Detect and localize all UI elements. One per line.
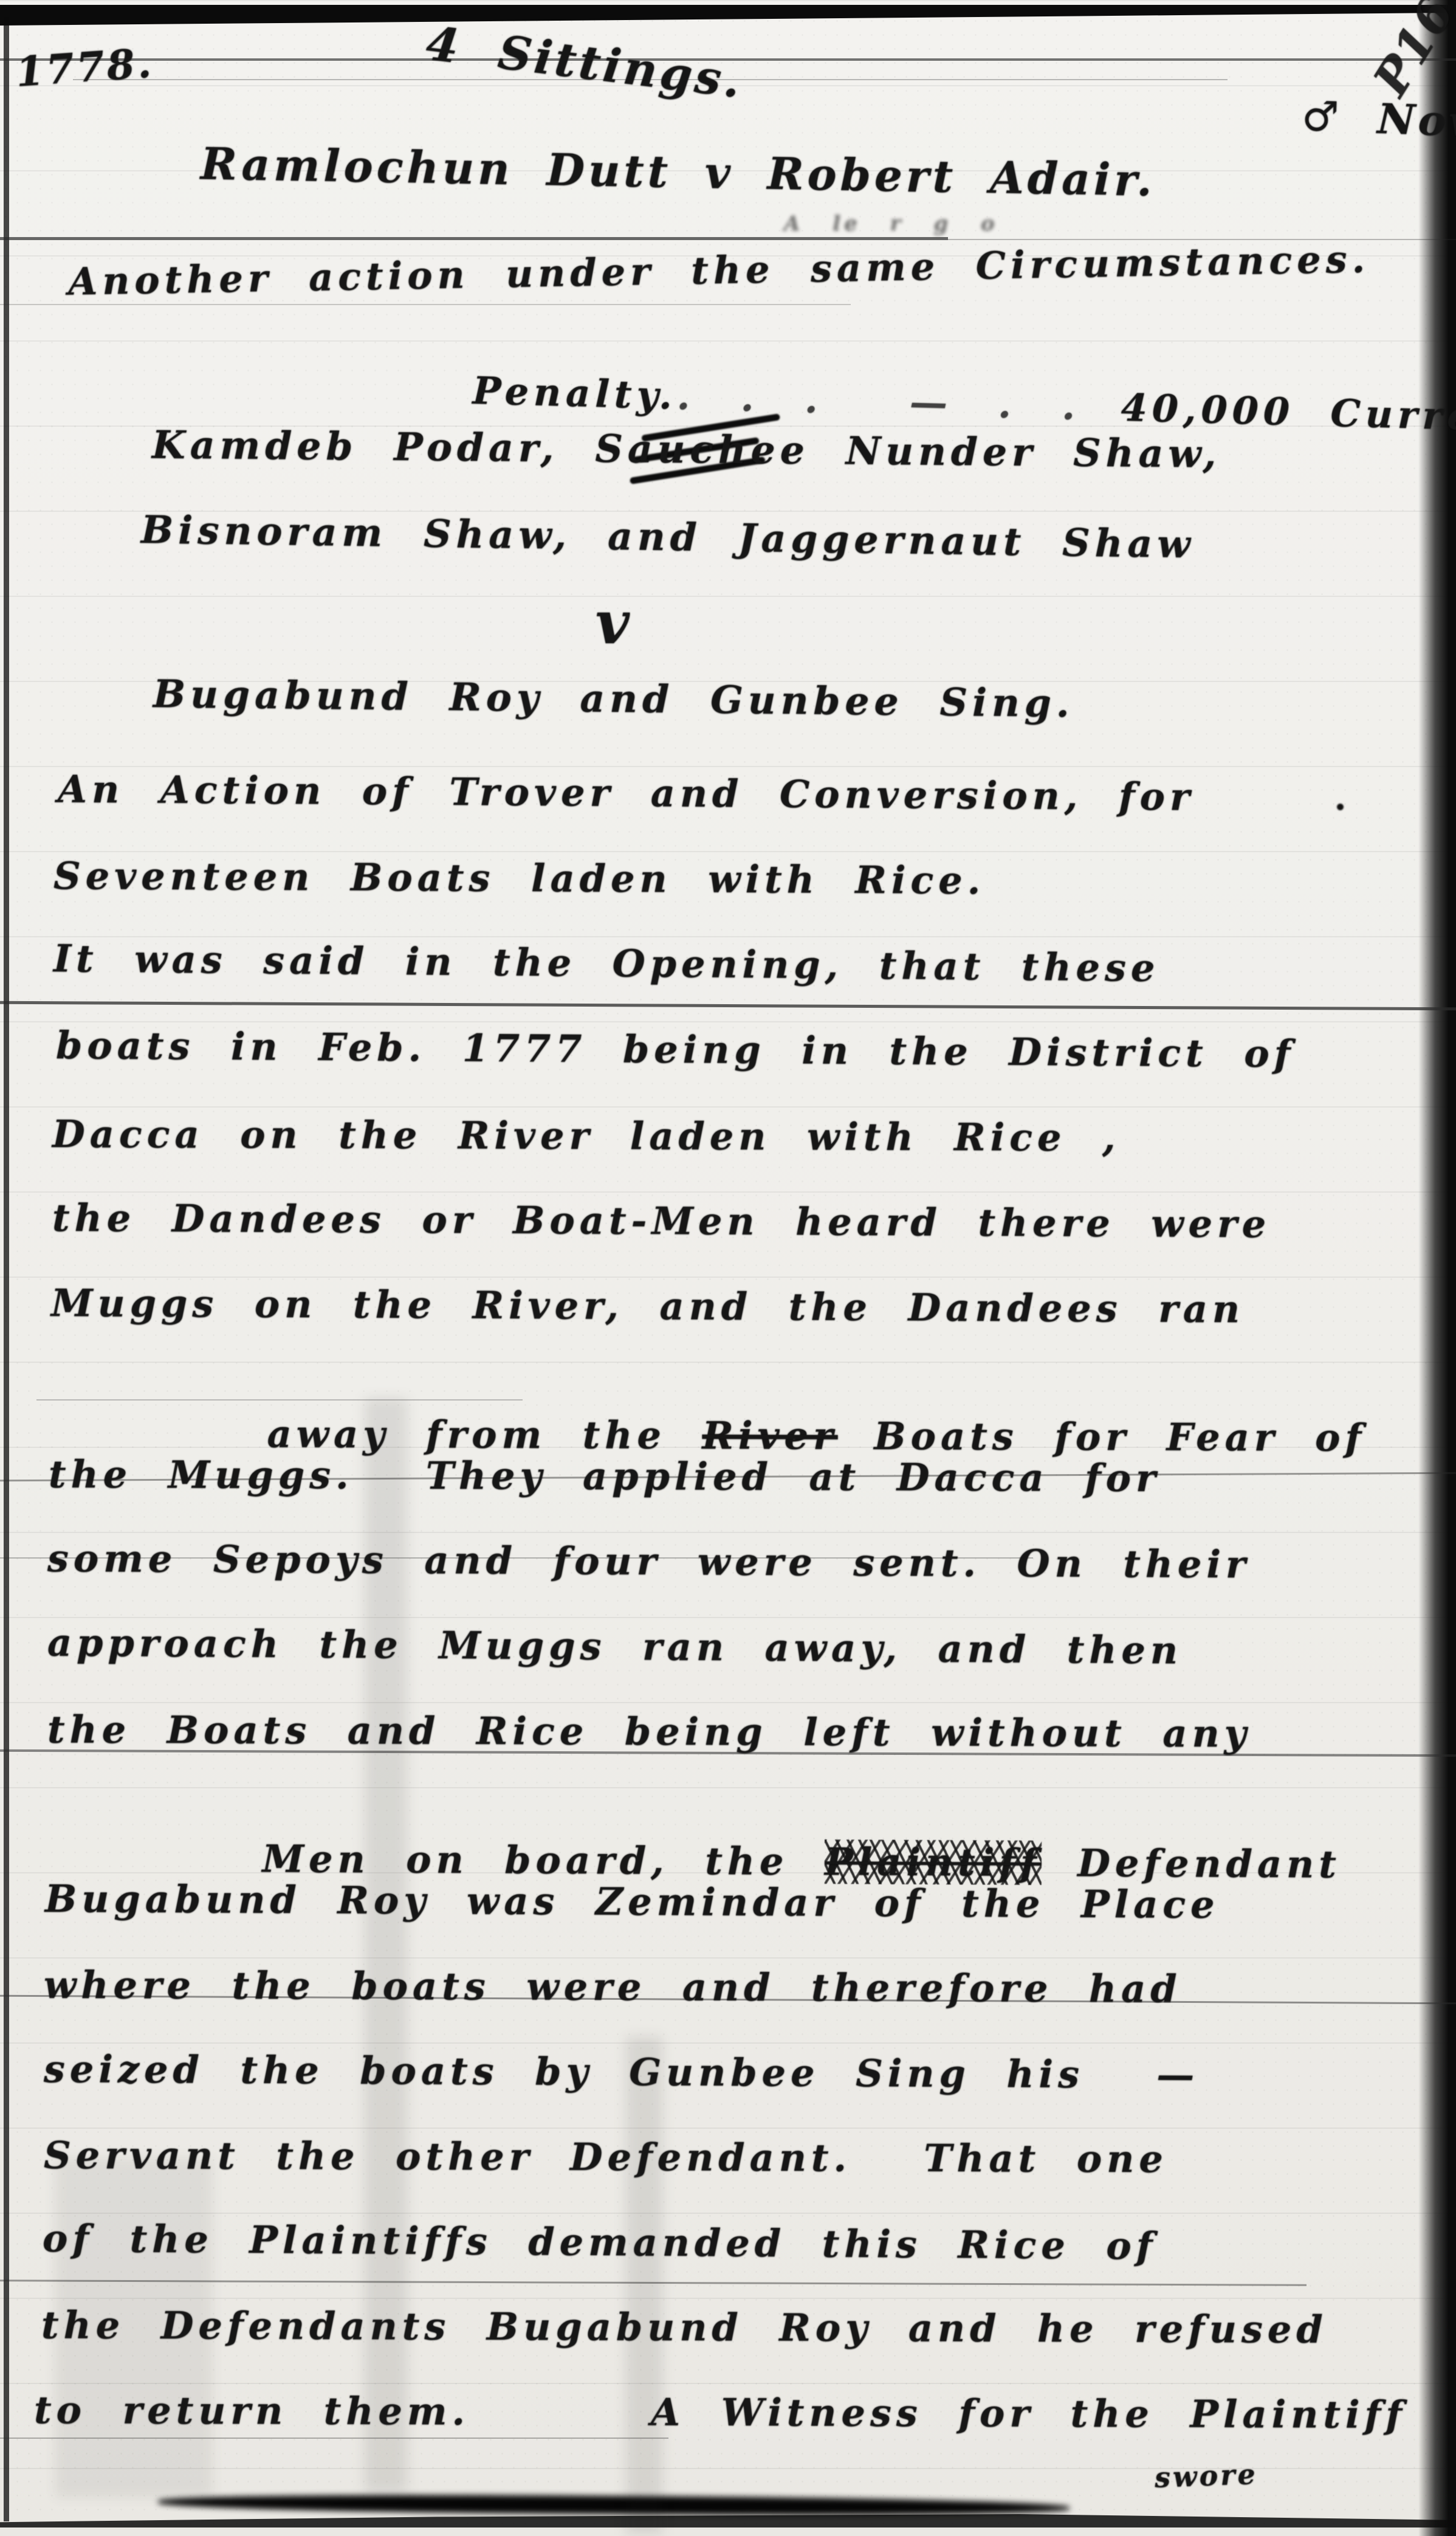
sittings-label: 4 Sittings. [424, 16, 747, 108]
body-line: the Defendants Bugabund Roy and he refus… [41, 2303, 1328, 2351]
bottom-edge-band [0, 2514, 1456, 2527]
body-line: where the boats were and therefore had [44, 1963, 1182, 2011]
line-text: away from the [267, 1411, 702, 1457]
left-edge-line [4, 17, 9, 2521]
body-line: approach the Muggs ran away, and then [47, 1620, 1183, 1672]
body-line: boats in Feb. 1777 being in the District… [56, 1023, 1296, 1076]
scan-line [0, 237, 948, 240]
defendants-line: Bugabund Roy and Gunbee Sing. [153, 671, 1075, 726]
body-line: Dacca on the River laden with Rice , [52, 1112, 1121, 1160]
body-line: Muggs on the River, and the Dandees ran [51, 1281, 1245, 1331]
interlinear-smudge: A le r g o [784, 212, 998, 236]
body-line: Seventeen Boats laden with Rice. [53, 853, 986, 903]
body-line: Bugabund Roy was Zemindar of the Place [45, 1876, 1220, 1927]
bottom-ink-smudge [158, 2493, 1070, 2517]
line-text: Boats for Fear of [838, 1414, 1367, 1460]
plaintiffs-line-1: Kamdeb Podar, Sauchee Nunder Shaw, [152, 422, 1221, 476]
body-line: An Action of Trover and Conversion, for [58, 767, 1195, 819]
body-line: the Boats and Rice being left without an… [47, 1707, 1251, 1756]
date-text: Nov. 24. [1376, 95, 1456, 151]
struck-word-river: River [702, 1413, 837, 1458]
body-line: to return them. A Witness for the Plaint… [34, 2388, 1407, 2437]
versus-mark: v [596, 588, 630, 657]
plaintiffs-line-2: Bisnoram Shaw, and Jaggernaut Shaw [141, 507, 1195, 567]
case-subtitle: Another action under the same Circumstan… [68, 236, 1370, 303]
line-text: Men on board, the [262, 1836, 825, 1884]
line-text: Defendant [1041, 1841, 1341, 1887]
day-of-week-symbol: ♂ [1301, 92, 1343, 142]
case-title: Ramlochun Dutt v Robert Adair. [200, 137, 1156, 205]
top-edge-band [0, 5, 1456, 26]
body-line: the Dandees or Boat-Men heard there were [52, 1196, 1271, 1246]
scan-line [0, 1001, 1456, 1010]
scan-line [0, 304, 851, 305]
fold-smudge [626, 2036, 662, 2535]
body-line: Servant the other Defendant. That one [44, 2133, 1168, 2181]
body-line: of the Plaintiffs demanded this Rice of [43, 2216, 1158, 2269]
manuscript-page: 1778. 4 Sittings. ♂ Nov. 24. P16 Ramloch… [0, 0, 1456, 2536]
body-line: seized the boats by Gunbee Sing his — [44, 2047, 1200, 2097]
year-label: 1778. [15, 39, 156, 96]
body-line-catchword: swore [1154, 2458, 1258, 2494]
penalty-label: Penalty. [472, 368, 678, 418]
body-line: the Muggs. They applied at Dacca for [49, 1452, 1161, 1500]
scratched-word-plaintiff: Plaintiff [825, 1839, 1042, 1885]
stray-ink-dot [1337, 804, 1344, 810]
body-line: some Sepoys and four were sent. On their [47, 1536, 1251, 1587]
body-line: It was said in the Opening, that these [53, 936, 1160, 990]
